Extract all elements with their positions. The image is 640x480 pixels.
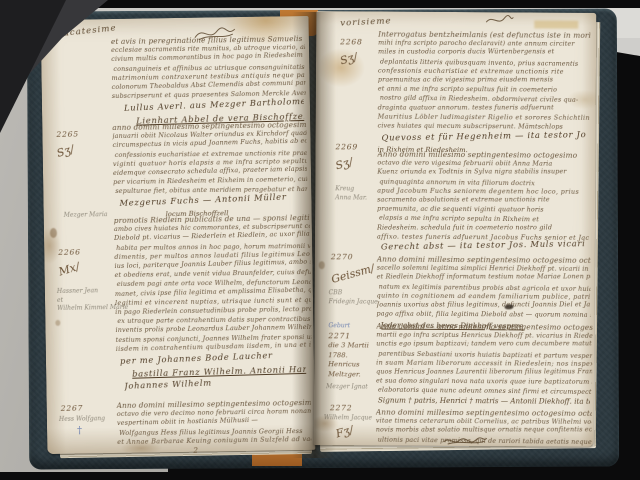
signature-block: Quevoss et für Hegenheim — ita testor Jo…: [382, 132, 586, 146]
signature-cross-line: Signum † patris, Henrici † matris — Anto…: [378, 396, 590, 406]
annotation-line: Gerecht abst — ita testor Jos. Muls vica…: [381, 237, 585, 253]
margin-pencil-note: Hassner JeanetWilhelm Kimmel Marie: [57, 287, 119, 314]
annotation-line: Fridegin Jacque: [329, 298, 379, 307]
handwriting-paragraph: Anno domini — anno millesimo septingente…: [376, 322, 592, 397]
foxing-spot: [319, 261, 325, 269]
annotation-line: die 3 Martii: [328, 341, 376, 351]
entry-margin-2268: 2268 Sʒ/: [340, 37, 363, 66]
margin-symbol: Sʒ/: [339, 50, 359, 67]
entry-number: 2272: [330, 403, 353, 413]
margin-pencil-note: CBBFridegin Jacque: [329, 289, 379, 306]
handwriting-line: praemunitus ac die vigesima prima eiusde…: [378, 75, 590, 84]
handwriting-paragraph: et avis in peregrinatione filius legitim…: [111, 34, 306, 101]
handwriting-paragraph: Anno domini millesimo septingentesimo oc…: [377, 150, 590, 243]
entry-margin-2267: 2267: [61, 404, 84, 414]
entry-margin-2266: 2266 Mx/: [58, 248, 81, 277]
handwriting-line: et Riedlein Diekhoff informatum testium …: [377, 273, 591, 282]
handwriting-paragraph: Interrogatus bentzheimlanis (est defunct…: [378, 30, 591, 133]
archival-photo-scene: ducatesime et avis in peregrinatione fil…: [0, 0, 640, 480]
margin-pencil-note: Mezger Ignat: [326, 383, 378, 392]
margin-pencil-note: Hess Wolfgang: [59, 415, 121, 425]
handwriting-paragraph: anno domini millesimo septingentesimo oc…: [112, 120, 307, 197]
annotation-line: 1788.: [328, 351, 376, 361]
death-cross-mark: †: [77, 426, 82, 437]
handwriting-line: et Annae Barbarae Keuing coniugum in Sul…: [117, 435, 311, 447]
signature-block: per me Johannes Bode Laucherbastilla Fra…: [120, 352, 307, 392]
handwriting-line: miles in custodia corporis ducis Würtenb…: [378, 48, 590, 57]
faint-highlight-mark: [534, 20, 578, 28]
entry-number: 2271: [328, 331, 351, 341]
annotation-line: Quevoss et für Hegenheim — ita testor Jo…: [381, 128, 585, 144]
ink-flourish: [442, 434, 488, 448]
entry-margin-2265: 2265 Sʒ/: [56, 130, 79, 159]
margin-symbol: Mx/: [57, 260, 81, 279]
annotation-line: Mezger Ignat: [326, 383, 378, 392]
annotation-line: Meltzger.: [328, 370, 376, 380]
handwriting-line: sacramento absolutionis et extremae unct…: [377, 195, 589, 204]
handwriting-paragraph: Anno domini millesimo septingentesimo oc…: [376, 255, 590, 321]
left-page: ducatesime et avis in peregrinatione fil…: [41, 16, 316, 454]
handwriting-line: pago affixa obiit, filia legitima Diebol…: [376, 310, 590, 321]
entry-number: 2268: [340, 37, 363, 47]
handwriting-paragraph: promotis Riedlein publicatis de una — sp…: [114, 213, 312, 354]
signature-block: Gerecht abst — ita testor Jos. Muls vica…: [381, 241, 585, 255]
margin-pencil-note: Wilhelm Jacque: [324, 414, 378, 423]
entry-number: 2265: [56, 130, 79, 140]
annotation-line: Henricus: [328, 360, 376, 370]
margin-symbol: Sʒ/: [334, 155, 354, 172]
annotation-line: Anna Mar.: [335, 194, 379, 203]
entry-number: 2267: [61, 404, 84, 414]
entry-number: 2269: [335, 142, 358, 152]
entry-number: 2270: [331, 252, 375, 262]
right-page-header: vorisieme: [340, 16, 392, 28]
entry-margin-2269: 2269 Sʒ/: [335, 142, 358, 171]
handwriting-line: quos Henricus Joannes Laurentii liberoru…: [376, 367, 592, 376]
entry-margin-2272: 2272: [330, 403, 353, 413]
right-page: vorisieme 2268 Sʒ/ Interrogatus bentzhei…: [314, 11, 597, 447]
entry-margin-2271: Geburt 2271: [328, 322, 351, 341]
entry-margin-2270: 2270 Geissm/: [331, 252, 375, 281]
handwriting-line: Riedesheim. schedula fuit in coemeterio …: [377, 223, 589, 232]
signature-block: Mezgerus Fuchs — Antonii Müller: [119, 194, 301, 209]
annotation-line: Kreug: [335, 185, 379, 194]
handwriting-line: Kuenz oriunda ex Todtnis in Sylva nigra …: [377, 168, 589, 177]
blue-pencil-note: Geburt: [328, 322, 351, 331]
margin-pencil-note: KreugAnna Mar.: [335, 185, 379, 202]
handwriting-line: draginta quatuor annorum. testes funeris…: [378, 103, 590, 112]
margin-symbol: Fʒ/: [334, 423, 354, 440]
margin-symbol: Geissm/: [330, 262, 376, 286]
ink-flourish: [484, 12, 514, 28]
foxing-spot: [55, 320, 60, 326]
folio-number: 2: [193, 446, 198, 455]
entry-number: 2266: [58, 248, 81, 258]
annotation-line: Hess Wolfgang: [59, 415, 121, 425]
margin-symbol: Sʒ/: [55, 143, 75, 161]
handwriting-line: unctis ego ipsum baptizavi; tandem vero …: [376, 340, 592, 349]
annotation-line: Wilhelm Jacque: [324, 414, 378, 423]
annotation-line: CBB: [329, 289, 379, 298]
margin-ink-note: die 3 Martii1788.HenricusMeltzger.: [328, 341, 376, 380]
handwriting-line: Joannis uxorius abst filius legitimus, d…: [377, 300, 591, 309]
foxing-spot: [50, 228, 57, 238]
annotation-line: Wilhelm Kimmel Marie: [57, 304, 119, 314]
handwriting-paragraph: Anno domini millesimo septingentesimo oc…: [117, 398, 312, 447]
